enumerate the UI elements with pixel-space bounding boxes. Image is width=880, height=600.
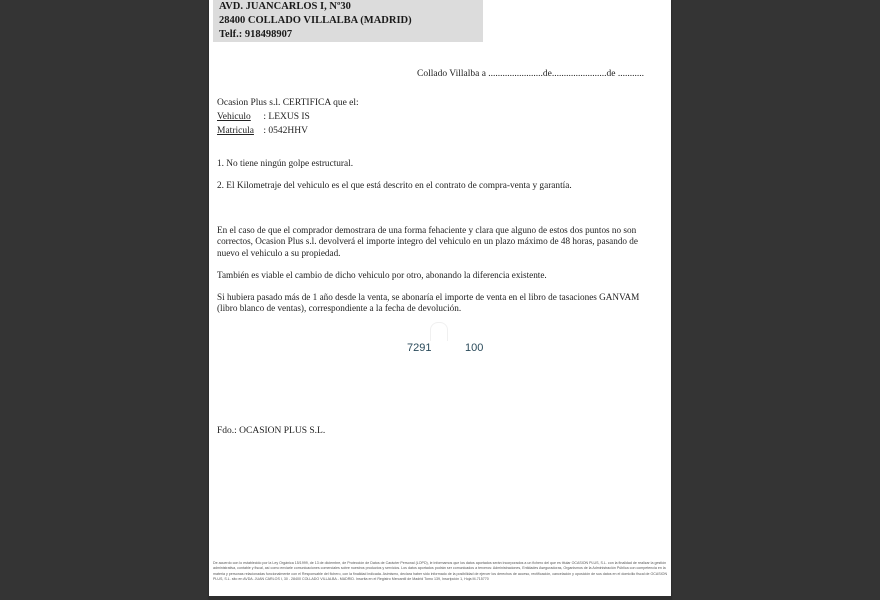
plate-label: Matricula xyxy=(217,124,261,138)
place-date-line: Collado Villalba a .....................… xyxy=(417,69,644,79)
reference-number-left: 7291 xyxy=(407,342,431,354)
point-2: 2. El Kilometraje del vehiculo es el que… xyxy=(217,180,572,192)
certification-block: Ocasion Plus s.l. CERTIFICA que el: Vehi… xyxy=(217,96,359,138)
certify-intro: Ocasion Plus s.l. CERTIFICA que el: xyxy=(217,96,359,110)
exchange-paragraph: También es viable el cambio de dicho veh… xyxy=(217,270,662,281)
letterhead-address: AVD. JUANCARLOS I, Nº30 xyxy=(219,0,483,14)
document-viewer: AVD. JUANCARLOS I, Nº30 28400 COLLADO VI… xyxy=(0,0,880,600)
page-bottom-edge xyxy=(209,596,671,600)
document-page: AVD. JUANCARLOS I, Nº30 28400 COLLADO VI… xyxy=(209,0,671,600)
vehicle-value: : LEXUS IS xyxy=(263,112,309,122)
plate-value: : 0542HHV xyxy=(263,126,308,136)
letterhead: AVD. JUANCARLOS I, Nº30 28400 COLLADO VI… xyxy=(213,0,483,42)
vehicle-label: Vehiculo xyxy=(217,110,261,124)
legal-footer: De acuerdo con lo establecido por la Ley… xyxy=(213,561,668,597)
vehicle-row: Vehiculo : LEXUS IS xyxy=(217,110,359,124)
watermark-icon xyxy=(430,322,448,341)
plate-row: Matricula : 0542HHV xyxy=(217,124,359,138)
signature-line: Fdo.: OCASION PLUS S.L. xyxy=(217,426,325,436)
certified-points: 1. No tiene ningún golpe estructural. 2.… xyxy=(217,158,572,202)
point-1: 1. No tiene ningún golpe estructural. xyxy=(217,158,572,170)
ganvam-paragraph: Si hubiera pasado más de 1 año desde la … xyxy=(217,292,662,315)
letterhead-city: 28400 COLLADO VILLALBA (MADRID) xyxy=(219,14,483,28)
letterhead-phone: Telf.: 918498907 xyxy=(219,28,483,42)
reference-number-right: 100 xyxy=(465,342,483,354)
refund-paragraph: En el caso de que el comprador demostrar… xyxy=(217,225,662,259)
